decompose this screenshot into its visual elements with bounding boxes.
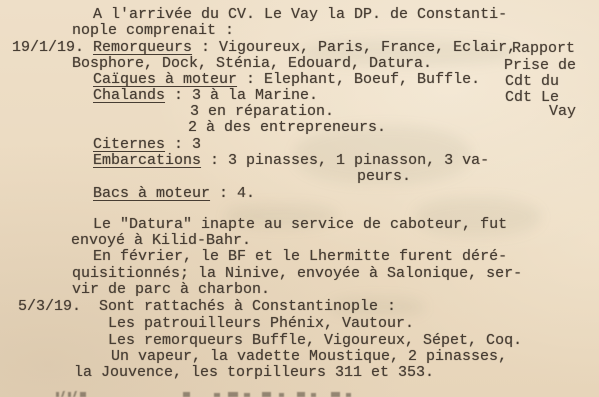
margin-note-cdt-du: Cdt du [505,74,559,90]
para-datura-line-2: envoyé à Kilid-Bahr. [71,233,251,249]
intro-line-2: nople comprenait : [72,23,234,39]
embarcations-heading: Embarcations [93,152,201,169]
intro-line-1: A l'arrivée du CV. Le Vay la DP. de Cons… [93,7,507,23]
para-fevrier-line-1: En février, le BF et le Lhermitte furent… [93,249,507,265]
remorqueurs-heading: Remorqueurs [93,39,192,56]
entry2-line-4: Un vapeur, la vadette Moustique, 2 pinas… [111,349,507,365]
remorqueurs-line: Remorqueurs : Vigoureux, Paris, France, … [93,40,516,56]
scanned-typewritten-document: A l'arrivée du CV. Le Vay la DP. de Cons… [0,0,599,397]
margin-note-rapport: Rapport [512,41,575,57]
embarcations-line: Embarcations : 3 pinasses, 1 pinasson, 3… [93,153,489,169]
entry2-line-1: Sont rattachés à Constantinople : [99,299,396,315]
citernes-count: : 3 [165,136,201,153]
chalands-item1: : 3 à la Marine. [165,87,318,104]
caiques-list: : Elephant, Boeuf, Buffle. [237,71,480,88]
chalands-item-2: 3 en réparation. [190,104,334,120]
entry2-line-3: Les remorqueurs Buffle, Vigoureux, Sépet… [108,333,522,349]
chalands-item-3: 2 à des entrepreneurs. [188,120,386,136]
entry2-date: 5/3/19. [18,299,81,315]
remorqueurs-continuation: Bosphore, Dock, Sténia, Edouard, Datura. [72,56,432,72]
citernes-line: Citernes : 3 [93,137,201,153]
embarcations-continuation: peurs. [357,169,411,185]
remorqueurs-list: : Vigoureux, Paris, France, Eclair, [192,39,516,56]
para-fevrier-line-3: vir de parc à charbon. [72,282,270,298]
chalands-heading: Chalands [93,87,165,104]
citernes-heading: Citernes [93,136,165,153]
para-datura-line-1: Le "Datura" inapte au service de caboteu… [93,217,507,233]
margin-note-vay: Vay [549,104,576,120]
caiques-heading: Caïques à moteur [93,71,237,88]
entry1-date: 19/1/19. [12,40,84,56]
bacs-heading: Bacs à moteur [93,185,210,202]
entry2-line-2: Les patrouilleurs Phénix, Vautour. [108,316,414,332]
embarcations-list: : 3 pinasses, 1 pinasson, 3 va- [201,152,489,169]
margin-note-prise-de: Prise de [504,58,576,74]
bacs-line: Bacs à moteur : 4. [93,186,255,202]
entry2-line-5: la Jouvence, les torpilleurs 311 et 353. [74,365,434,381]
bacs-count: : 4. [210,185,255,202]
caiques-line: Caïques à moteur : Elephant, Boeuf, Buff… [93,72,480,88]
para-fevrier-line-2: quisitionnés; la Ninive, envoyée à Salon… [72,266,522,282]
chalands-line: Chalands : 3 à la Marine. [93,88,318,104]
